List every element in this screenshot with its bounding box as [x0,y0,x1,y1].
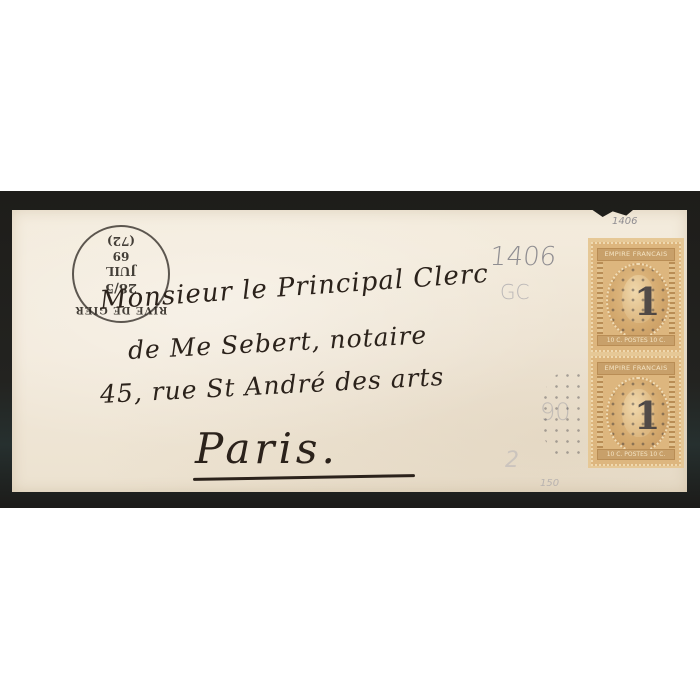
pencil-faint-mark: 150 [540,478,559,489]
stamp-header: EMPIRE FRANCAIS [597,248,675,261]
address-line-city: Paris. [195,424,339,473]
pencil-small-number: 1406 [612,216,637,227]
cancel-number: 1 [634,279,660,324]
stamp-pair: EMPIRE FRANCAIS 1 10 C. POSTES 10 C. EMP… [588,238,684,468]
stamp: EMPIRE FRANCAIS 1 10 C. POSTES 10 C. [591,242,681,352]
stamp-border-ornament [597,262,603,334]
stamp-portrait-oval: 1 [606,377,670,453]
postmark-department: (72) [74,234,168,248]
stamp-footer: 10 C. POSTES 10 C. [597,335,675,346]
postmark-year: 69 [74,249,168,263]
pencil-gc-label: GC [500,280,529,304]
stamp-header: EMPIRE FRANCAIS [597,362,675,375]
stamp-footer: 10 C. POSTES 10 C. [597,449,675,460]
pencil-number: 1406 [488,242,557,272]
stamp: EMPIRE FRANCAIS 1 10 C. POSTES 10 C. [591,356,681,466]
cancel-number: 1 [634,393,660,438]
stamp-border-ornament [597,376,603,448]
postmark-month: JUIL [74,264,168,278]
stamp-portrait-oval: 1 [606,263,670,339]
pencil-faint-mark: 2 [505,448,519,473]
